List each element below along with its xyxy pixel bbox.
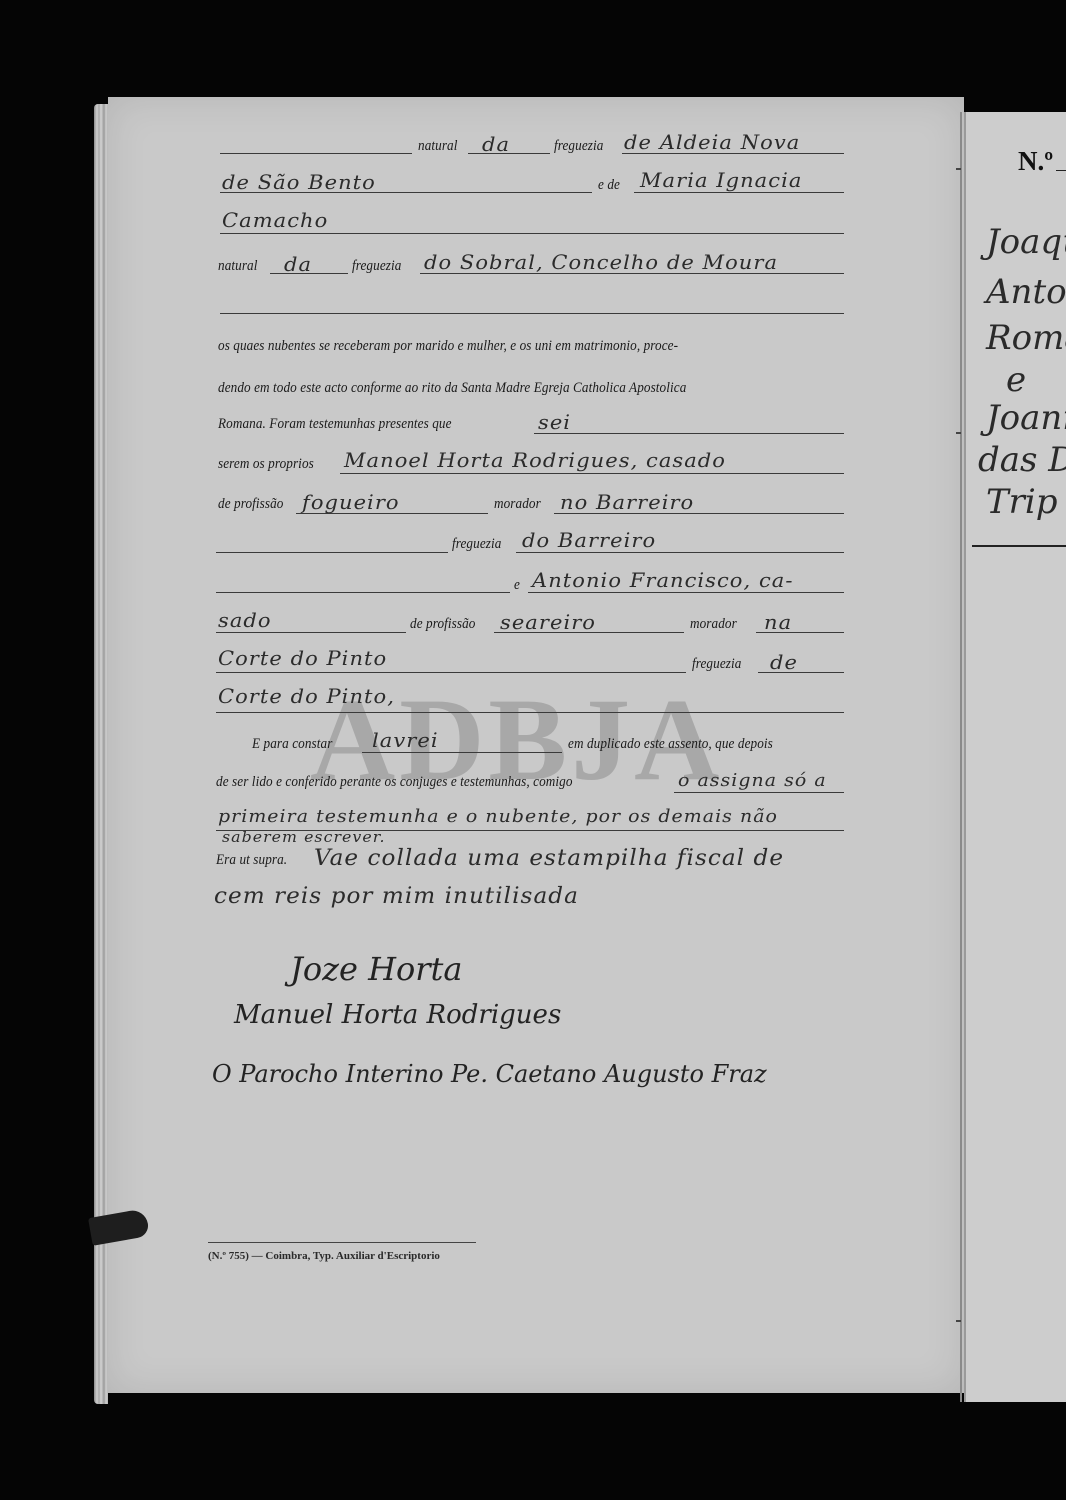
binding-mark: [956, 1320, 961, 1322]
printed-text: os quaes nubentes se receberam por marid…: [218, 338, 834, 355]
printed-text: e de: [598, 177, 620, 194]
handwritten-text: saberem escrever.: [222, 828, 386, 846]
signature: Manuel Horta Rodrigues: [234, 1000, 561, 1030]
printed-text: morador: [494, 496, 541, 513]
printed-text: serem os proprios: [218, 456, 314, 473]
entry-number-label: N.º: [1018, 146, 1053, 177]
signature: O Parocho Interino Pe. Caetano Augusto F…: [212, 1060, 767, 1088]
fill-line: [216, 672, 686, 673]
blank-line: [220, 153, 412, 154]
fill-line: [516, 552, 844, 553]
fill-line: [528, 592, 844, 593]
binding-mark: [956, 432, 961, 434]
handwritten-text: da: [482, 132, 510, 156]
printed-text: Era ut supra.: [216, 852, 287, 869]
fill-line: [674, 792, 844, 793]
blank-line: [216, 552, 448, 553]
handwritten-text: Antonio Francisco, ca-: [532, 568, 793, 592]
handwritten-text: de São Bento: [222, 170, 376, 194]
printed-text: de profissão: [410, 616, 475, 633]
handwritten-text: Manoel Horta Rodrigues, casado: [344, 448, 726, 472]
printed-text: natural: [218, 258, 257, 275]
printed-text: de ser lido e conferido perante os conju…: [216, 774, 573, 791]
handwritten-text: seareiro: [500, 610, 596, 634]
blank-line: [216, 592, 510, 593]
printed-text: freguezia: [452, 536, 501, 553]
printed-text: freguezia: [352, 258, 401, 275]
fill-line: [216, 632, 406, 633]
margin-name: e: [1006, 360, 1026, 400]
handwritten-text: o assigna só a: [678, 770, 827, 791]
handwritten-text: primeira testemunha e o nubente, por os …: [218, 806, 778, 827]
handwritten-text: cem reis por mim inutilisada: [214, 884, 579, 909]
fill-line: [634, 192, 844, 193]
handwritten-text: de: [770, 650, 798, 674]
handwritten-text: da: [284, 252, 312, 276]
handwritten-text: no Barreiro: [560, 490, 694, 514]
printed-text: e: [514, 577, 520, 594]
printed-text: freguezia: [692, 656, 741, 673]
entry-number-line: [1056, 170, 1066, 171]
page-edges: [94, 104, 108, 1404]
handwritten-text: Maria Ignacia: [640, 168, 802, 192]
printed-text: freguezia: [554, 138, 603, 155]
printed-text: E para constar: [252, 736, 332, 753]
handwritten-text: do Sobral, Concelho de Moura: [424, 250, 778, 274]
fill-line: [220, 233, 844, 234]
printed-text: natural: [418, 138, 457, 155]
handwritten-text: lavrei: [372, 728, 439, 752]
handwritten-text: Camacho: [222, 208, 328, 232]
printed-text: de profissão: [218, 496, 283, 513]
printed-text: dendo em todo este acto conforme ao rito…: [218, 380, 686, 397]
handwritten-text: sado: [218, 608, 272, 632]
printed-text: Romana. Foram testemunhas presentes que: [218, 416, 452, 433]
printed-text: em duplicado este assento, que depois: [568, 736, 773, 753]
handwritten-text: de Aldeia Nova: [624, 130, 800, 154]
margin-name: das Dô: [978, 440, 1066, 480]
fill-line: [534, 433, 844, 434]
margin-name: Anton: [986, 272, 1066, 312]
binding-mark: [956, 168, 961, 170]
handwritten-text: Corte do Pinto: [218, 646, 387, 670]
margin-name: Joann: [986, 398, 1066, 438]
entry-divider: [972, 545, 1066, 547]
fill-line: [216, 712, 844, 713]
handwritten-text: fogueiro: [302, 490, 400, 514]
footer-rule: [208, 1242, 476, 1243]
handwritten-text: sei: [538, 410, 571, 434]
printer-imprint: (N.º 755) — Coimbra, Typ. Auxiliar d'Esc…: [208, 1250, 440, 1262]
signature: Joze Horta: [290, 950, 462, 988]
handwritten-text: Vae collada uma estampilha fiscal de: [314, 846, 784, 871]
book-spine: [960, 112, 962, 1402]
fill-line: [362, 752, 562, 753]
handwritten-text: Corte do Pinto,: [218, 684, 395, 708]
handwritten-text: do Barreiro: [522, 528, 656, 552]
blank-line: [220, 313, 844, 314]
fill-line: [340, 473, 844, 474]
handwritten-text: na: [764, 610, 792, 634]
margin-name: Joaqu: [986, 222, 1066, 262]
printed-text: morador: [690, 616, 737, 633]
margin-name: Roma: [986, 318, 1066, 358]
margin-name: Trip: [986, 482, 1058, 522]
